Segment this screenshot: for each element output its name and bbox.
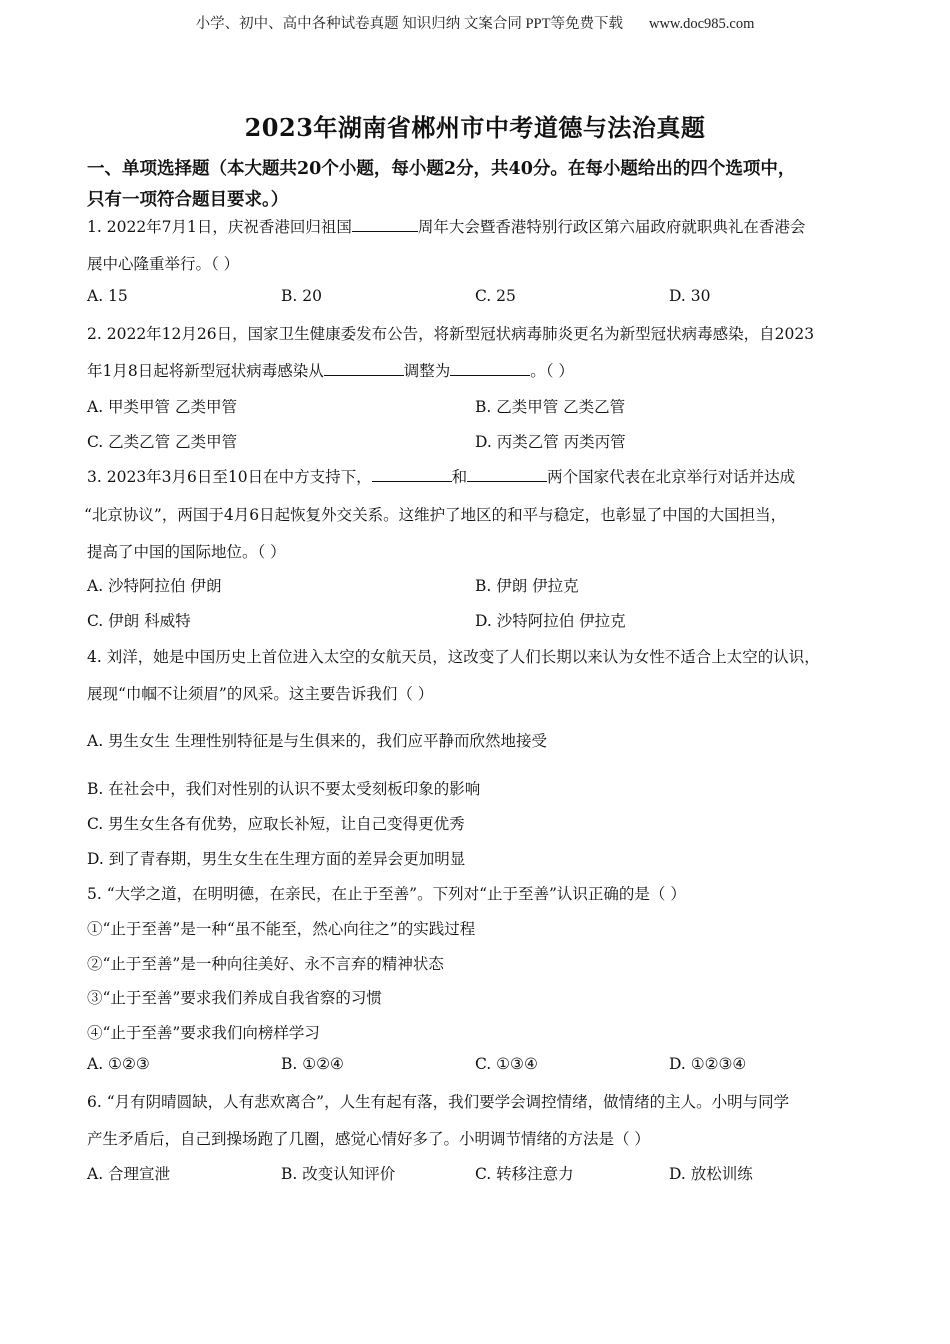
answer-blank <box>372 467 452 482</box>
question-6-option-b[interactable]: B. 改变认知评价 <box>281 1162 395 1184</box>
answer-blank <box>467 467 547 482</box>
question-5-stem: 5. “大学之道，在明明德，在亲民，在止于至善”。下列对“止于至善”认识正确的是… <box>87 882 686 904</box>
question-4-stem-line2: 展现“巾帼不让须眉”的风采。这主要告诉我们（ ） <box>87 682 433 704</box>
question-3-stem-line2: “北京协议”，两国于4月6日起恢复外交关系。这维护了地区的和平与稳定，也彰显了中… <box>84 503 786 525</box>
question-2-option-a[interactable]: A. 甲类甲管 乙类甲管 <box>87 395 237 417</box>
document-title: 2023年湖南省郴州市中考道德与法治真题 <box>0 108 950 143</box>
section-heading-line1: 一、单项选择题（本大题共20个小题，每小题2分，共40分。在每小题给出的四个选项… <box>87 155 795 180</box>
question-2-option-c[interactable]: C. 乙类乙管 乙类甲管 <box>87 430 237 452</box>
question-2-option-d[interactable]: D. 丙类乙管 丙类丙管 <box>475 430 626 452</box>
question-4-option-b[interactable]: B. 在社会中，我们对性别的认识不要太受刻板印象的影响 <box>87 777 480 799</box>
question-1-option-c[interactable]: C. 25 <box>475 287 516 305</box>
section-heading-line2: 只有一项符合题目要求。） <box>87 186 288 211</box>
answer-blank <box>450 361 530 376</box>
question-4-option-c[interactable]: C. 男生女生各有优势，应取长补短，让自己变得更优秀 <box>87 812 465 834</box>
question-2-option-b[interactable]: B. 乙类甲管 乙类乙管 <box>475 395 625 417</box>
question-6-option-c[interactable]: C. 转移注意力 <box>475 1162 574 1184</box>
question-5-statement-4: ④“止于至善”要求我们向榜样学习 <box>87 1021 320 1043</box>
answer-blank <box>352 217 418 232</box>
header-url[interactable]: www.doc985.com <box>649 16 754 32</box>
question-4-option-a[interactable]: A. 男生女生 生理性别特征是与生俱来的，我们应平静而欣然地接受 <box>87 729 547 751</box>
question-3-option-d[interactable]: D. 沙特阿拉伯 伊拉克 <box>475 609 626 631</box>
question-4-option-d[interactable]: D. 到了青春期，男生女生在生理方面的差异会更加明显 <box>87 847 465 869</box>
question-3-option-c[interactable]: C. 伊朗 科威特 <box>87 609 191 631</box>
question-3-stem-line1: 3. 2023年3月6日至10日在中方支持下，和两个国家代表在北京举行对话并达成 <box>87 465 795 487</box>
question-4-stem-line1: 4. 刘洋，她是中国历史上首位进入太空的女航天员，这改变了人们长期以来认为女性不… <box>87 645 820 667</box>
question-3-option-b[interactable]: B. 伊朗 伊拉克 <box>475 574 579 596</box>
question-6-stem-line2: 产生矛盾后，自己到操场跑了几圈，感觉心情好多了。小明调节情绪的方法是（ ） <box>87 1127 650 1149</box>
question-1-option-b[interactable]: B. 20 <box>281 287 322 305</box>
question-1-option-a[interactable]: A. 15 <box>87 287 128 305</box>
question-3-option-a[interactable]: A. 沙特阿拉伯 伊朗 <box>87 574 221 596</box>
question-1-stem-line2: 展中心隆重举行。（ ） <box>87 252 239 274</box>
question-5-option-d[interactable]: D. ①②③④ <box>669 1055 746 1073</box>
question-1-option-d[interactable]: D. 30 <box>669 287 710 305</box>
question-2-stem-line1: 2. 2022年12月26日，国家卫生健康委发布公告，将新型冠状病毒肺炎更名为新… <box>87 322 814 344</box>
question-5-statement-2: ②“止于至善”是一种向往美好、永不言弃的精神状态 <box>87 952 444 974</box>
question-5-option-a[interactable]: A. ①②③ <box>87 1055 150 1073</box>
question-1-stem-line1: 1. 2022年7月1日，庆祝香港回归祖国周年大会暨香港特别行政区第六届政府就职… <box>87 215 805 237</box>
page-header: 小学、初中、高中各种试卷真题 知识归纳 文案合同 PPT等免费下载www.doc… <box>0 12 950 33</box>
question-6-option-d[interactable]: D. 放松训练 <box>669 1162 753 1184</box>
answer-blank <box>324 361 404 376</box>
question-3-stem-line3: 提高了中国的国际地位。（ ） <box>87 540 286 562</box>
question-5-option-c[interactable]: C. ①③④ <box>475 1055 538 1073</box>
header-text: 小学、初中、高中各种试卷真题 知识归纳 文案合同 PPT等免费下载 <box>196 16 623 32</box>
question-6-stem-line1: 6. “月有阴晴圆缺，人有悲欢离合”，人生有起有落，我们要学会调控情绪，做情绪的… <box>87 1090 789 1112</box>
question-5-statement-3: ③“止于至善”要求我们养成自我省察的习惯 <box>87 986 382 1008</box>
question-6-option-a[interactable]: A. 合理宣泄 <box>87 1162 170 1184</box>
question-5-statement-1: ①“止于至善”是一种“虽不能至，然心向往之”的实践过程 <box>87 917 475 939</box>
question-2-stem-line2: 年1月8日起将新型冠状病毒感染从调整为。（ ） <box>87 359 574 381</box>
question-5-option-b[interactable]: B. ①②④ <box>281 1055 344 1073</box>
